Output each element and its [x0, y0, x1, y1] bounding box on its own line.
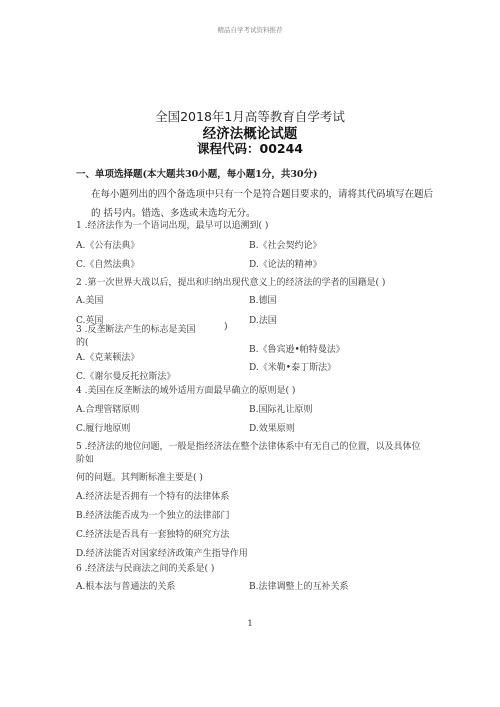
question-4-option-c: C.履行地原则	[76, 421, 130, 434]
question-1-option-a: A.《公有法典》	[76, 238, 139, 251]
section-instruction-line2: 的 括号内。错选、多选或未选均无分。	[91, 205, 256, 219]
question-2-option-a: A.美国	[76, 293, 103, 306]
course-code: 课程代码：00244	[0, 139, 500, 157]
question-3-stem: 3 .反垄断法产生的标志是美国	[76, 322, 195, 335]
question-2-option-d: D.法国	[249, 313, 277, 326]
question-5-option-d: D.经济法能否对国家经济政策产生指导作用	[76, 546, 248, 559]
question-5-stem: 5 .经济法的地位问题，一般是指经济法在整个法律体系中有无自己的位置，以及具体位	[76, 439, 420, 452]
question-2-stem: 2 .第一次世界大战以后，提出和归纳出现代意义上的经济法的学者的国籍是( )	[76, 275, 385, 288]
question-5-stem-cont2: 何的问题。其判断标准主要是( )	[76, 470, 203, 483]
question-5-option-a: A.经济法是否拥有一个特有的法律体系	[76, 489, 229, 502]
question-4-option-b: B.国际礼让原则	[249, 402, 312, 415]
question-1-option-b: B.《社会契约论》	[249, 238, 321, 251]
page-number: 1	[0, 619, 500, 628]
question-6-stem: 6 .经济法与民商法之间的关系是( )	[76, 561, 214, 574]
question-1-option-d: D.《论法的精神》	[249, 257, 322, 270]
page-header: 精品自学考试资料推荐	[0, 25, 500, 34]
question-4-stem: 4 .美国在反垄断法的域外适用方面最早确立的原则是( )	[76, 383, 295, 396]
question-5-stem-cont: 阶如	[76, 452, 94, 465]
question-3-stem-cont: 的(	[76, 335, 89, 348]
section-heading: 一、单项选择题(本大题共30小题，每小题1分，共30分)	[76, 166, 318, 180]
question-6-option-b: B.法律调整上的互补关系	[249, 579, 348, 592]
question-3-option-c: C.《谢尔曼反托拉斯法》	[76, 369, 175, 382]
question-2-option-b: B.德国	[249, 293, 276, 306]
question-3-option-b: B.《鲁宾逊•帕特曼法》	[249, 342, 345, 355]
question-4-option-d: D.效果原则	[249, 421, 295, 434]
question-4-option-a: A.合理管辖原则	[76, 402, 139, 415]
question-3-paren: )	[224, 322, 228, 332]
section-instruction-line1: 在每小题列出的四个备选项中只有一个是符合题目要求的，请将其代码填写在题后	[91, 186, 433, 200]
question-3-option-a: A.《克莱顿法》	[76, 350, 139, 363]
question-6-option-a: A.根本法与普通法的关系	[76, 579, 175, 592]
question-3-option-d: D.《米勒•泰丁斯法》	[249, 360, 336, 373]
question-5-option-c: C.经济法是否具有一套独特的研究方法	[76, 527, 229, 540]
question-5-option-b: B.经济法能否成为一个独立的法律部门	[76, 508, 229, 521]
question-1-option-c: C.《自然法典》	[76, 257, 139, 270]
question-1-stem: 1 .经济法作为一个语词出现，最早可以追溯到( )	[76, 218, 268, 231]
